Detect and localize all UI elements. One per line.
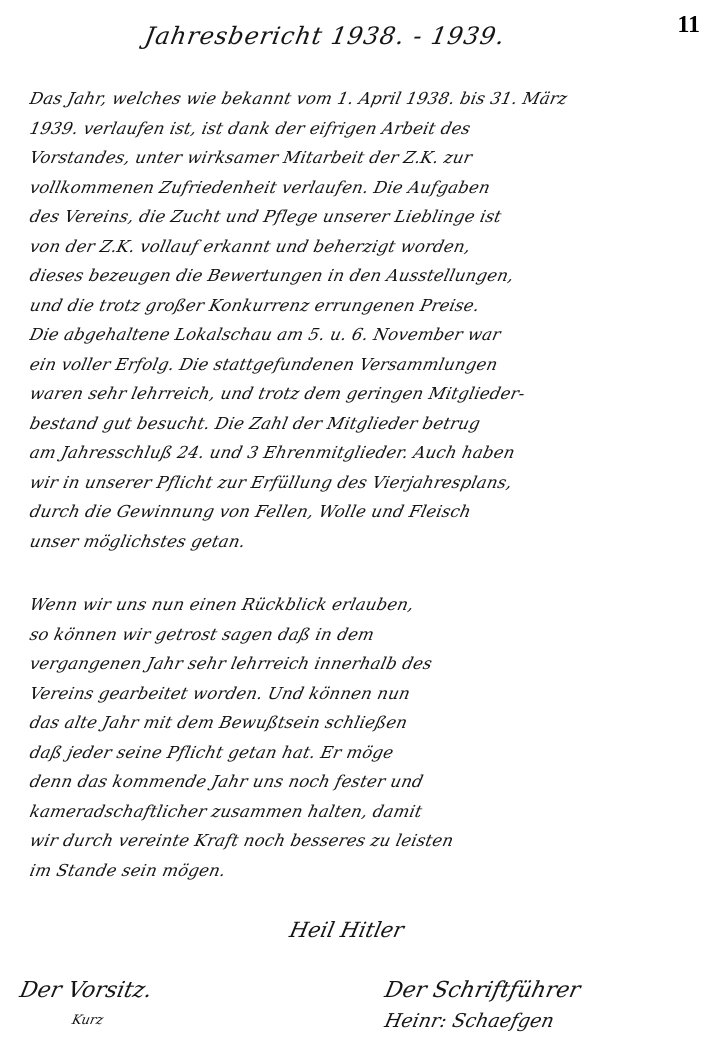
text-line: durch die Gewinnung von Fellen, Wolle un… (27, 497, 698, 527)
text-line: Vereins gearbeitet worden. Und können nu… (27, 679, 698, 709)
text-line: des Vereins, die Zucht und Pflege unsere… (27, 202, 698, 232)
text-line: Wenn wir uns nun einen Rückblick erlaube… (27, 590, 698, 620)
text-line: denn das kommende Jahr uns noch fester u… (27, 767, 698, 797)
page-number: 11 (677, 12, 700, 39)
closing-greeting: Heil Hitler (287, 918, 406, 942)
text-line: daß jeder seine Pflicht getan hat. Er mö… (27, 738, 698, 768)
text-line: vollkommenen Zufriedenheit verlaufen. Di… (27, 173, 698, 203)
text-line: Die abgehaltene Lokalschau am 5. u. 6. N… (27, 320, 698, 350)
text-line: kameradschaftlicher zusammen halten, dam… (27, 797, 698, 827)
text-line: ein voller Erfolg. Die stattgefundenen V… (27, 350, 698, 380)
text-line: am Jahresschluß 24. und 3 Ehrenmitgliede… (27, 438, 698, 468)
text-line: und die trotz großer Konkurrenz errungen… (27, 291, 698, 321)
paragraph-2: Wenn wir uns nun einen Rückblick erlaube… (30, 590, 695, 885)
text-line: wir in unserer Pflicht zur Erfüllung des… (27, 468, 698, 498)
text-line: bestand gut besucht. Die Zahl der Mitgli… (27, 409, 698, 439)
text-line: 1939. verlaufen ist, ist dank der eifrig… (27, 114, 698, 144)
text-line: Vorstandes, unter wirksamer Mitarbeit de… (27, 143, 698, 173)
chairman-role: Der Vorsitz. (17, 975, 155, 1007)
chairman-signature-block: Der Vorsitz. Kurz (20, 975, 152, 1035)
secretary-signature-block: Der Schriftführer Heinr: Schaefgen (385, 975, 580, 1035)
paragraph-1: Das Jahr, welches wie bekannt vom 1. Apr… (30, 84, 695, 556)
text-line: im Stande sein mögen. (27, 856, 698, 886)
chairman-name: Kurz (69, 1007, 155, 1035)
text-line: dieses bezeugen die Bewertungen in den A… (27, 261, 698, 291)
text-line: das alte Jahr mit dem Bewußtsein schließ… (27, 708, 698, 738)
text-line: wir durch vereinte Kraft noch besseres z… (27, 826, 698, 856)
text-line: vergangenen Jahr sehr lehrreich innerhal… (27, 649, 698, 679)
text-line: unser möglichstes getan. (27, 527, 698, 557)
text-line: von der Z.K. vollauf erkannt und beherzi… (27, 232, 698, 262)
text-line: waren sehr lehrreich, und trotz dem geri… (27, 379, 698, 409)
secretary-name: Heinr: Schaefgen (382, 1007, 583, 1035)
secretary-role: Der Schriftführer (382, 975, 584, 1007)
document-title: Jahresbericht 1938. - 1939. (143, 22, 508, 50)
text-line: so können wir getrost sagen daß in dem (27, 620, 698, 650)
text-line: Das Jahr, welches wie bekannt vom 1. Apr… (27, 84, 698, 114)
